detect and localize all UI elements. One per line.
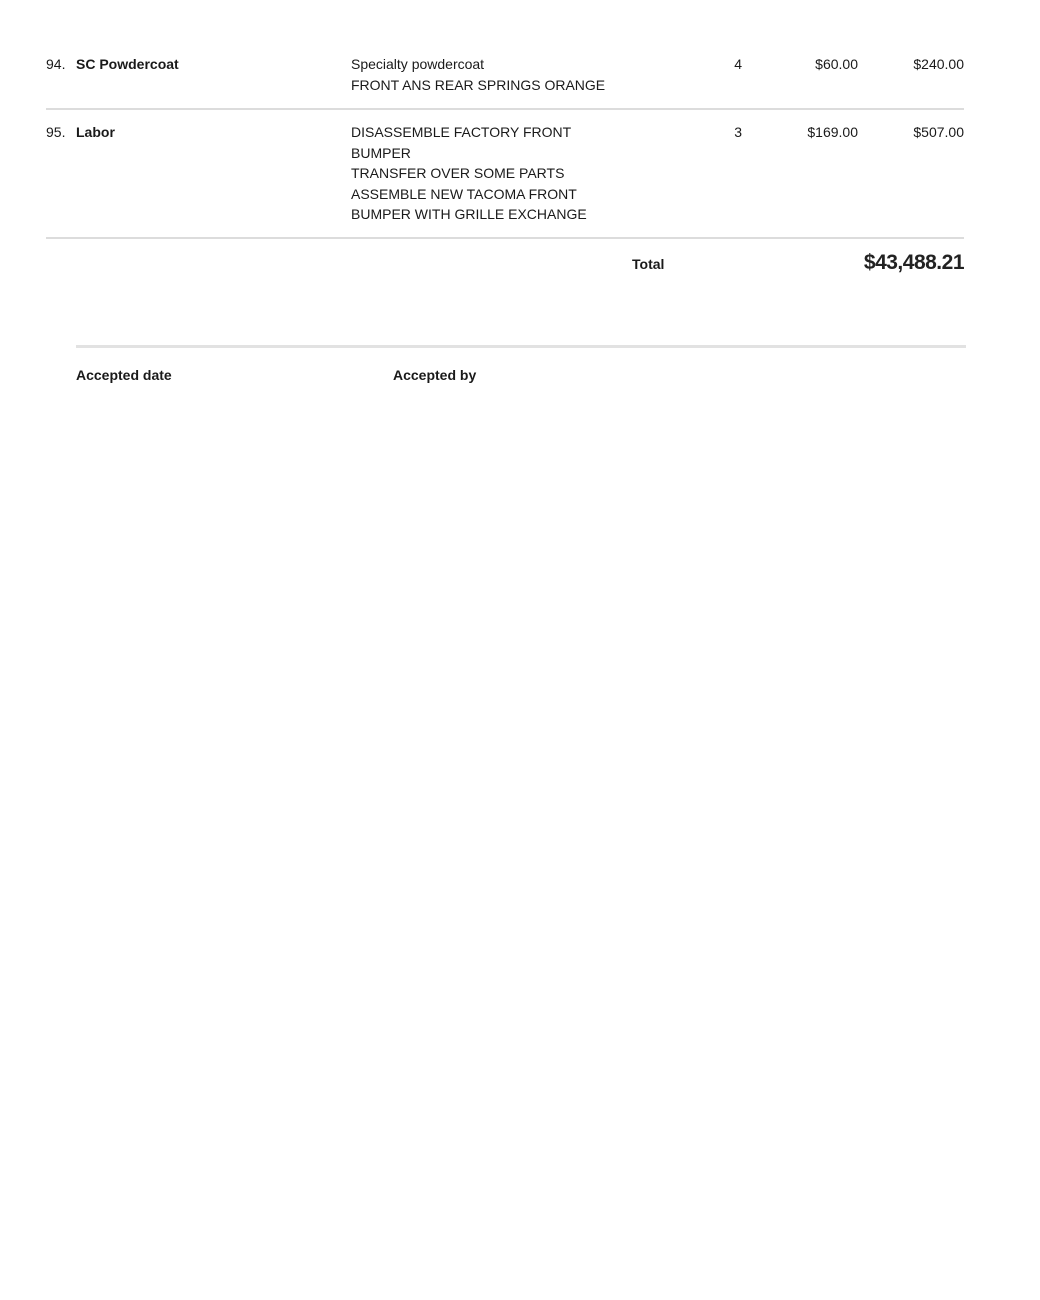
total-label: Total: [632, 256, 664, 272]
row-divider: [46, 237, 964, 239]
line-item-name: Labor: [76, 122, 115, 143]
row-divider: [46, 108, 964, 110]
line-item-name: SC Powdercoat: [76, 54, 179, 75]
line-item-description: Specialty powdercoat FRONT ANS REAR SPRI…: [351, 54, 631, 95]
line-item-quantity: 3: [706, 122, 742, 143]
line-item-unit-price: $60.00: [786, 54, 858, 75]
total-value: $43,488.21: [800, 251, 964, 275]
line-item-unit-price: $169.00: [786, 122, 858, 143]
line-item-number: 95.: [46, 122, 65, 143]
line-item-amount: $507.00: [876, 122, 964, 143]
accepted-by-label: Accepted by: [393, 367, 476, 383]
line-item-number: 94.: [46, 54, 65, 75]
accepted-date-label: Accepted date: [76, 367, 172, 383]
line-item-quantity: 4: [706, 54, 742, 75]
line-item-amount: $240.00: [876, 54, 964, 75]
line-item-description: DISASSEMBLE FACTORY FRONT BUMPER TRANSFE…: [351, 122, 631, 225]
acceptance-divider: [76, 345, 966, 348]
